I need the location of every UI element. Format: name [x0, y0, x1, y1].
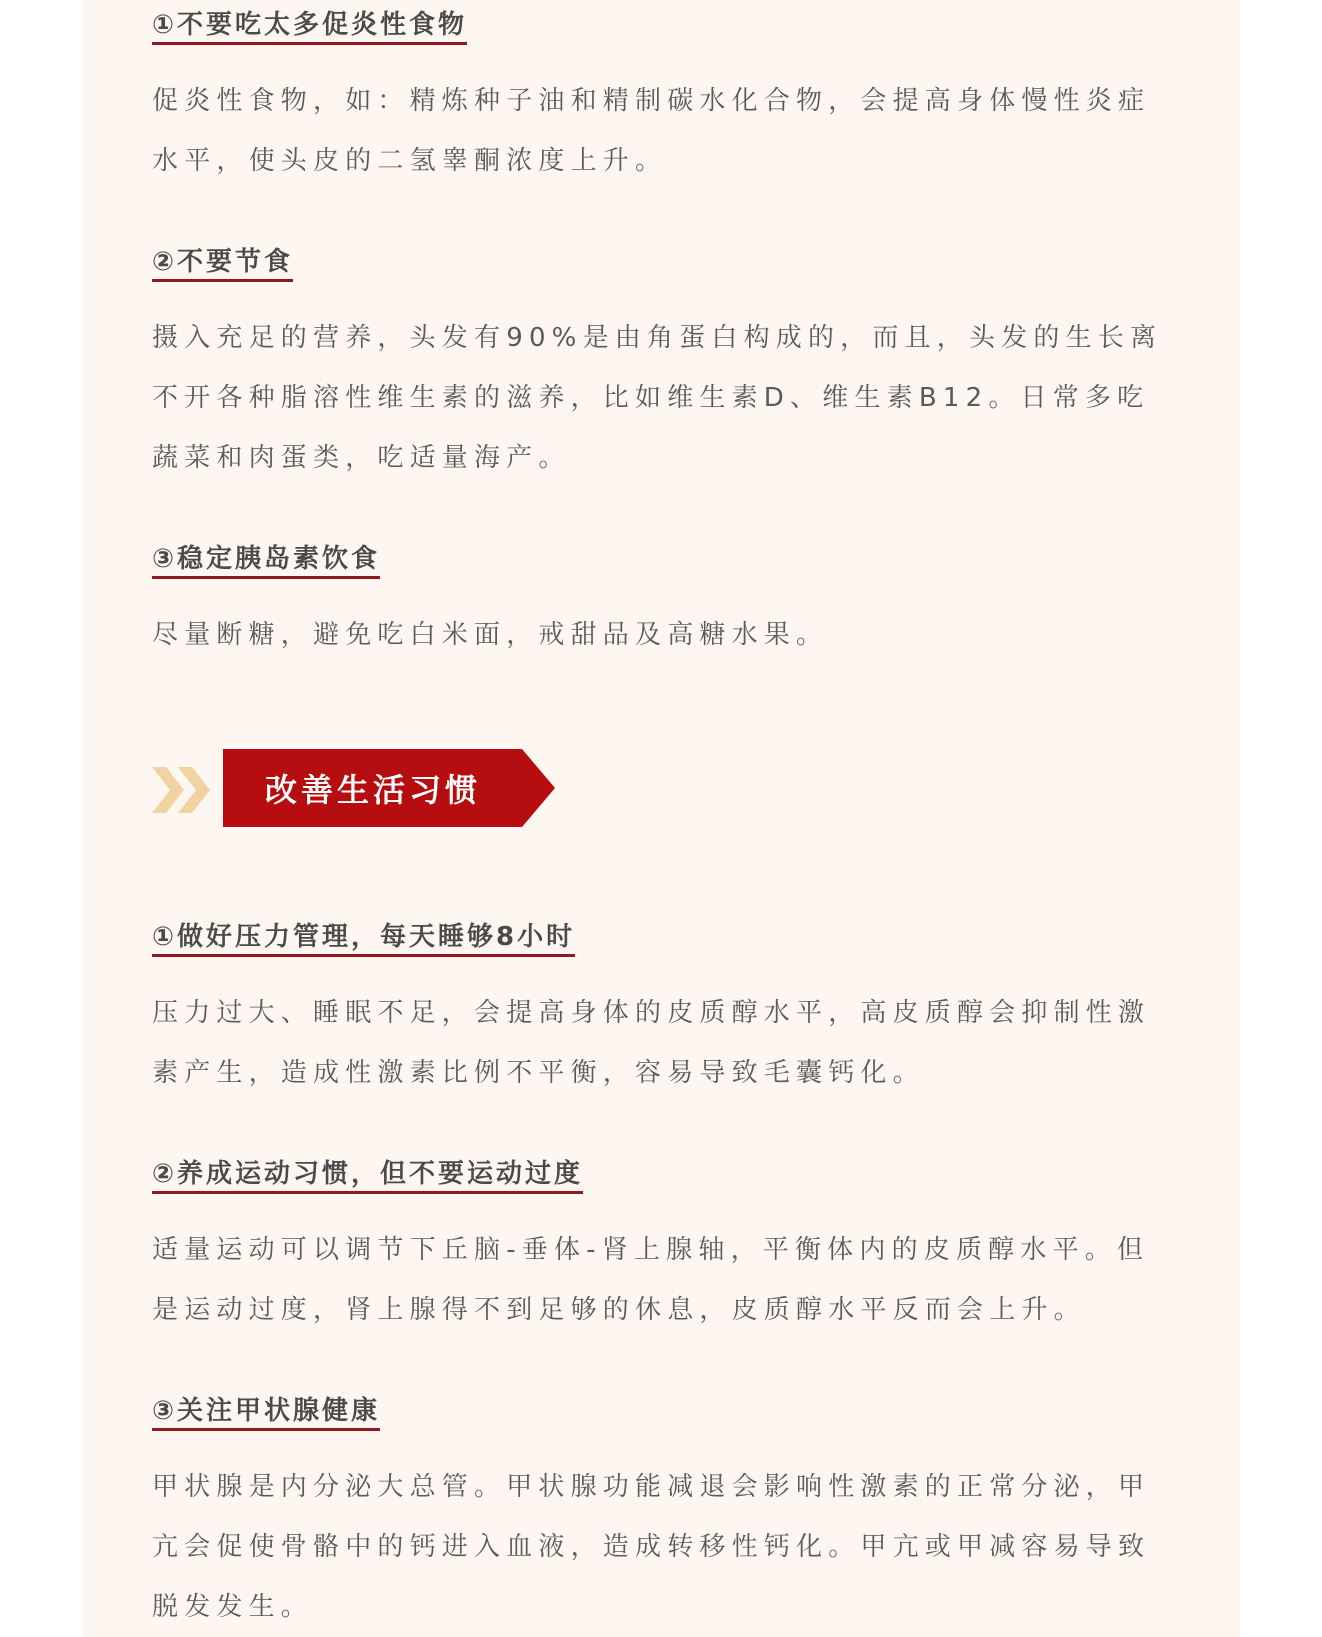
paragraph-line: 尽量断糖，避免吃白米面，戒甜品及高糖水果。 — [152, 605, 1172, 665]
paragraph-line: 素产生，造成性激素比例不平衡，容易导致毛囊钙化。 — [152, 1043, 1172, 1103]
diet-tip-3: ③稳定胰岛素饮食 尽量断糖，避免吃白米面，戒甜品及高糖水果。 — [152, 543, 1172, 665]
paragraph-line: 甲状腺是内分泌大总管。甲状腺功能减退会影响性激素的正常分泌，甲 — [152, 1457, 1172, 1517]
section-paragraph: 尽量断糖，避免吃白米面，戒甜品及高糖水果。 — [152, 605, 1172, 665]
section-banner: 改善生活习惯 — [152, 749, 572, 827]
paragraph-line: 水平，使头皮的二氢睾酮浓度上升。 — [152, 131, 1172, 191]
section-heading: ①做好压力管理，每天睡够8小时 — [152, 921, 575, 957]
paragraph-line: 亢会促使骨骼中的钙进入血液，造成转移性钙化。甲亢或甲减容易导致 — [152, 1517, 1172, 1577]
paragraph-line: 适量运动可以调节下丘脑-垂体-肾上腺轴，平衡体内的皮质醇水平。但 — [152, 1220, 1172, 1280]
habit-tip-2: ②养成运动习惯，但不要运动过度 适量运动可以调节下丘脑-垂体-肾上腺轴，平衡体内… — [152, 1158, 1172, 1340]
section-paragraph: 促炎性食物，如：精炼种子油和精制碳水化合物，会提高身体慢性炎症 水平，使头皮的二… — [152, 71, 1172, 191]
paragraph-line: 不开各种脂溶性维生素的滋养，比如维生素D、维生素B12。日常多吃 — [152, 368, 1172, 428]
paragraph-line: 摄入充足的营养，头发有90%是由角蛋白构成的，而且，头发的生长离 — [152, 308, 1172, 368]
section-heading: ③关注甲状腺健康 — [152, 1395, 380, 1431]
habit-tip-1: ①做好压力管理，每天睡够8小时 压力过大、睡眠不足，会提高身体的皮质醇水平，高皮… — [152, 921, 1172, 1103]
section-heading: ②养成运动习惯，但不要运动过度 — [152, 1158, 583, 1194]
section-heading: ①不要吃太多促炎性食物 — [152, 9, 467, 45]
double-chevron-right-icon — [152, 767, 214, 813]
section-paragraph: 适量运动可以调节下丘脑-垂体-肾上腺轴，平衡体内的皮质醇水平。但 是运动过度，肾… — [152, 1220, 1172, 1340]
habit-tip-3: ③关注甲状腺健康 甲状腺是内分泌大总管。甲状腺功能减退会影响性激素的正常分泌，甲… — [152, 1395, 1172, 1637]
banner-title: 改善生活习惯 — [223, 749, 523, 827]
section-heading: ②不要节食 — [152, 246, 293, 282]
section-paragraph: 摄入充足的营养，头发有90%是由角蛋白构成的，而且，头发的生长离 不开各种脂溶性… — [152, 308, 1172, 488]
diet-tip-2: ②不要节食 摄入充足的营养，头发有90%是由角蛋白构成的，而且，头发的生长离 不… — [152, 246, 1172, 488]
paragraph-line: 蔬菜和肉蛋类，吃适量海产。 — [152, 428, 1172, 488]
section-heading: ③稳定胰岛素饮食 — [152, 543, 380, 579]
section-paragraph: 压力过大、睡眠不足，会提高身体的皮质醇水平，高皮质醇会抑制性激 素产生，造成性激… — [152, 983, 1172, 1103]
paragraph-line: 脱发发生。 — [152, 1577, 1172, 1637]
paragraph-line: 促炎性食物，如：精炼种子油和精制碳水化合物，会提高身体慢性炎症 — [152, 71, 1172, 131]
section-paragraph: 甲状腺是内分泌大总管。甲状腺功能减退会影响性激素的正常分泌，甲 亢会促使骨骼中的… — [152, 1457, 1172, 1637]
paragraph-line: 压力过大、睡眠不足，会提高身体的皮质醇水平，高皮质醇会抑制性激 — [152, 983, 1172, 1043]
paragraph-line: 是运动过度，肾上腺得不到足够的休息，皮质醇水平反而会上升。 — [152, 1280, 1172, 1340]
diet-tip-1: ①不要吃太多促炎性食物 促炎性食物，如：精炼种子油和精制碳水化合物，会提高身体慢… — [152, 9, 1172, 191]
